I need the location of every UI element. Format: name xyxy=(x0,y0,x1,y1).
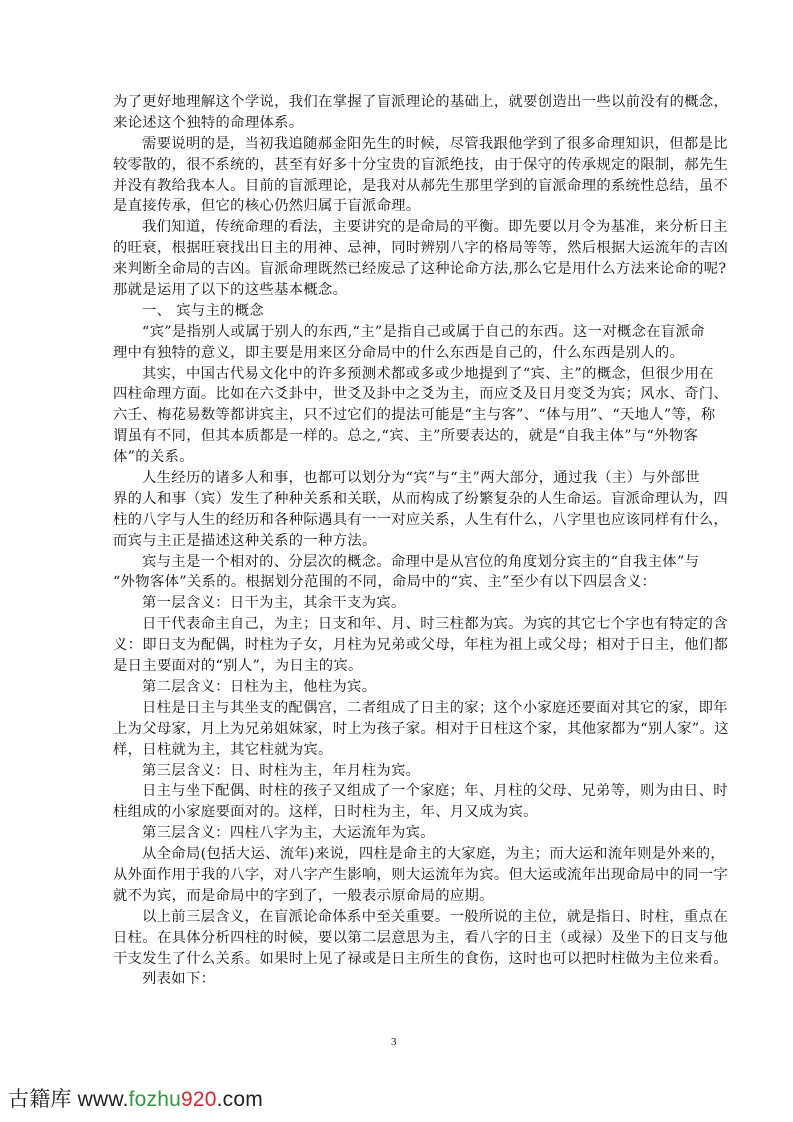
text-line: 是直接传承，但它的核心仍然归属于盲派命理。 xyxy=(113,196,685,217)
text-line: 柱的八字与人生的经历和各种际遇具有一一对应关系，人生有什么，八字里也应该同样有什… xyxy=(113,510,685,531)
text-line: 第二层含义：日柱为主，他柱为宾。 xyxy=(113,677,685,698)
text-line: 列表如下： xyxy=(113,969,685,990)
text-line: 第三层含义：日、时柱为主，年月柱为宾。 xyxy=(113,761,685,782)
text-line: 义：即日支为配偶，时柱为子女，月柱为兄弟或父母，年柱为祖上或父母；相对于日主，他… xyxy=(113,635,685,656)
text-line: 我们知道，传统命理的看法，主要讲究的是命局的平衡。即先要以月令为基准，来分析日主 xyxy=(113,217,685,238)
text-line: 六壬、梅花易数等都讲宾主，只不过它们的提法可能是“主与客”、“体与用”、“天地人… xyxy=(113,405,685,426)
text-line: 界的人和事（宾）发生了种种关系和关联，从而构成了纷繁复杂的人生命运。盲派命理认为… xyxy=(113,489,685,510)
text-line: 四柱命理方面。比如在六爻卦中，世爻及卦中之爻为主，而应爻及日月变爻为宾；风水、奇… xyxy=(113,384,685,405)
text-line: 干支发生了什么关系。如果时上见了禄或是日主所生的食伤，这时也可以把时柱做为主位来… xyxy=(113,949,685,970)
text-line: 来判断全命局的吉凶。盲派命理既然已经废忌了这种论命方法,那么它是用什么方法来论命… xyxy=(113,259,685,280)
watermark-green-part: fozhu xyxy=(129,1088,181,1111)
text-line: 一、 宾与主的概念 xyxy=(113,301,685,322)
text-line: 人生经历的诸多人和事，也都可以划分为“宾”与“主”两大部分，通过我（主）与外部世 xyxy=(113,468,685,489)
text-line: 而宾与主正是描述这种关系的一种方法。 xyxy=(113,531,685,552)
text-line: 日柱是日主与其坐支的配偶宫，二者组成了日主的家；这个小家庭还要面对其它的家，即年 xyxy=(113,698,685,719)
text-line: 其实，中国古代易文化中的许多预测术都或多或少地提到了“宾、主”的概念，但很少用在 xyxy=(113,364,685,385)
text-line: 样，日柱就为主，其它柱就为宾。 xyxy=(113,740,685,761)
document-body: 为了更好地理解这个学说，我们在掌握了盲派理论的基础上，就要创造出一些以前没有的概… xyxy=(113,92,685,990)
text-line: 较零散的，很不系统的，甚至有好多十分宝贵的盲派绝技，由于保守的传承规定的限制，郝… xyxy=(113,155,685,176)
text-line: 以上前三层含义，在盲派论命体系中至关重要。一般所说的主位，就是指日、时柱，重点在 xyxy=(113,907,685,928)
text-line: 并没有教给我本人。目前的盲派理论，是我对从郝先生那里学到的盲派命理的系统性总结，… xyxy=(113,176,685,197)
text-line: 就不为宾，而是命局中的字到了，一般表示原命局的应期。 xyxy=(113,886,685,907)
watermark-red-part: 920 xyxy=(181,1088,217,1111)
text-line: 需要说明的是，当初我追随郝金阳先生的时候，尽管我跟他学到了很多命理知识，但都是比 xyxy=(113,134,685,155)
text-line: 谓虽有不同，但其本质都是一样的。总之,“宾、主”所要表达的，就是“自我主体”与“… xyxy=(113,426,685,447)
text-line: 来论述这个独特的命理体系。 xyxy=(113,113,685,134)
text-line: 日主与坐下配偶、时柱的孩子又组成了一个家庭；年、月柱的父母、兄弟等，则为由日、时 xyxy=(113,781,685,802)
text-line: 上为父母家，月上为兄弟姐妹家，时上为孩子家。相对于日柱这个家，其他家都为“别人家… xyxy=(113,719,685,740)
text-line: 那就是运用了以下的这些基本概念。 xyxy=(113,280,685,301)
text-line: 的旺衰，根据旺衰找出日主的用神、忌神，同时辨别八字的格局等等，然后根据大运流年的… xyxy=(113,238,685,259)
text-line: 第三层含义：四柱八字为主，大运流年为宾。 xyxy=(113,823,685,844)
watermark-prefix: 古籍库 www. xyxy=(8,1088,129,1111)
text-line: 体”的关系。 xyxy=(113,447,685,468)
text-line: 宾与主是一个相对的、分层次的概念。命理中是从宫位的角度划分宾主的“自我主体”与 xyxy=(113,552,685,573)
text-line: “宾”是指别人或属于别人的东西,“主”是指自己或属于自己的东西。这一对概念在盲派… xyxy=(113,322,685,343)
text-line: 从外面作用于我的八字，对八字产生影响，则大运流年为宾。但大运或流年出现命局中的同… xyxy=(113,865,685,886)
text-line: 理中有独特的意义，即主要是用来区分命局中的什么东西是自己的，什么东西是别人的。 xyxy=(113,343,685,364)
text-line: 从全命局(包括大运、流年)来说，四柱是命主的大家庭，为主；而大运和流年则是外来的… xyxy=(113,844,685,865)
text-line: 第一层含义：日干为主，其余干支为宾。 xyxy=(113,593,685,614)
text-line: 为了更好地理解这个学说，我们在掌握了盲派理论的基础上，就要创造出一些以前没有的概… xyxy=(113,92,685,113)
site-watermark: 古籍库 www.fozhu920.com xyxy=(8,1083,263,1113)
watermark-suffix: .com xyxy=(217,1088,263,1111)
text-line: “外物客体”关系的。根据划分范围的不同，命局中的“宾、主”至少有以下四层含义： xyxy=(113,572,685,593)
text-line: 柱组成的小家庭要面对的。这样，日时柱为主，年、月又成为宾。 xyxy=(113,802,685,823)
page-number: 3 xyxy=(391,1036,397,1048)
text-line: 日干代表命主自己，为主；日支和年、月、时三柱都为宾。为宾的其它七个字也有特定的含 xyxy=(113,614,685,635)
text-line: 日柱。在具体分析四柱的时候，要以第二层意思为主，看八字的日主（或禄）及坐下的日支… xyxy=(113,928,685,949)
text-line: 是日主要面对的“别人”，为日主的宾。 xyxy=(113,656,685,677)
